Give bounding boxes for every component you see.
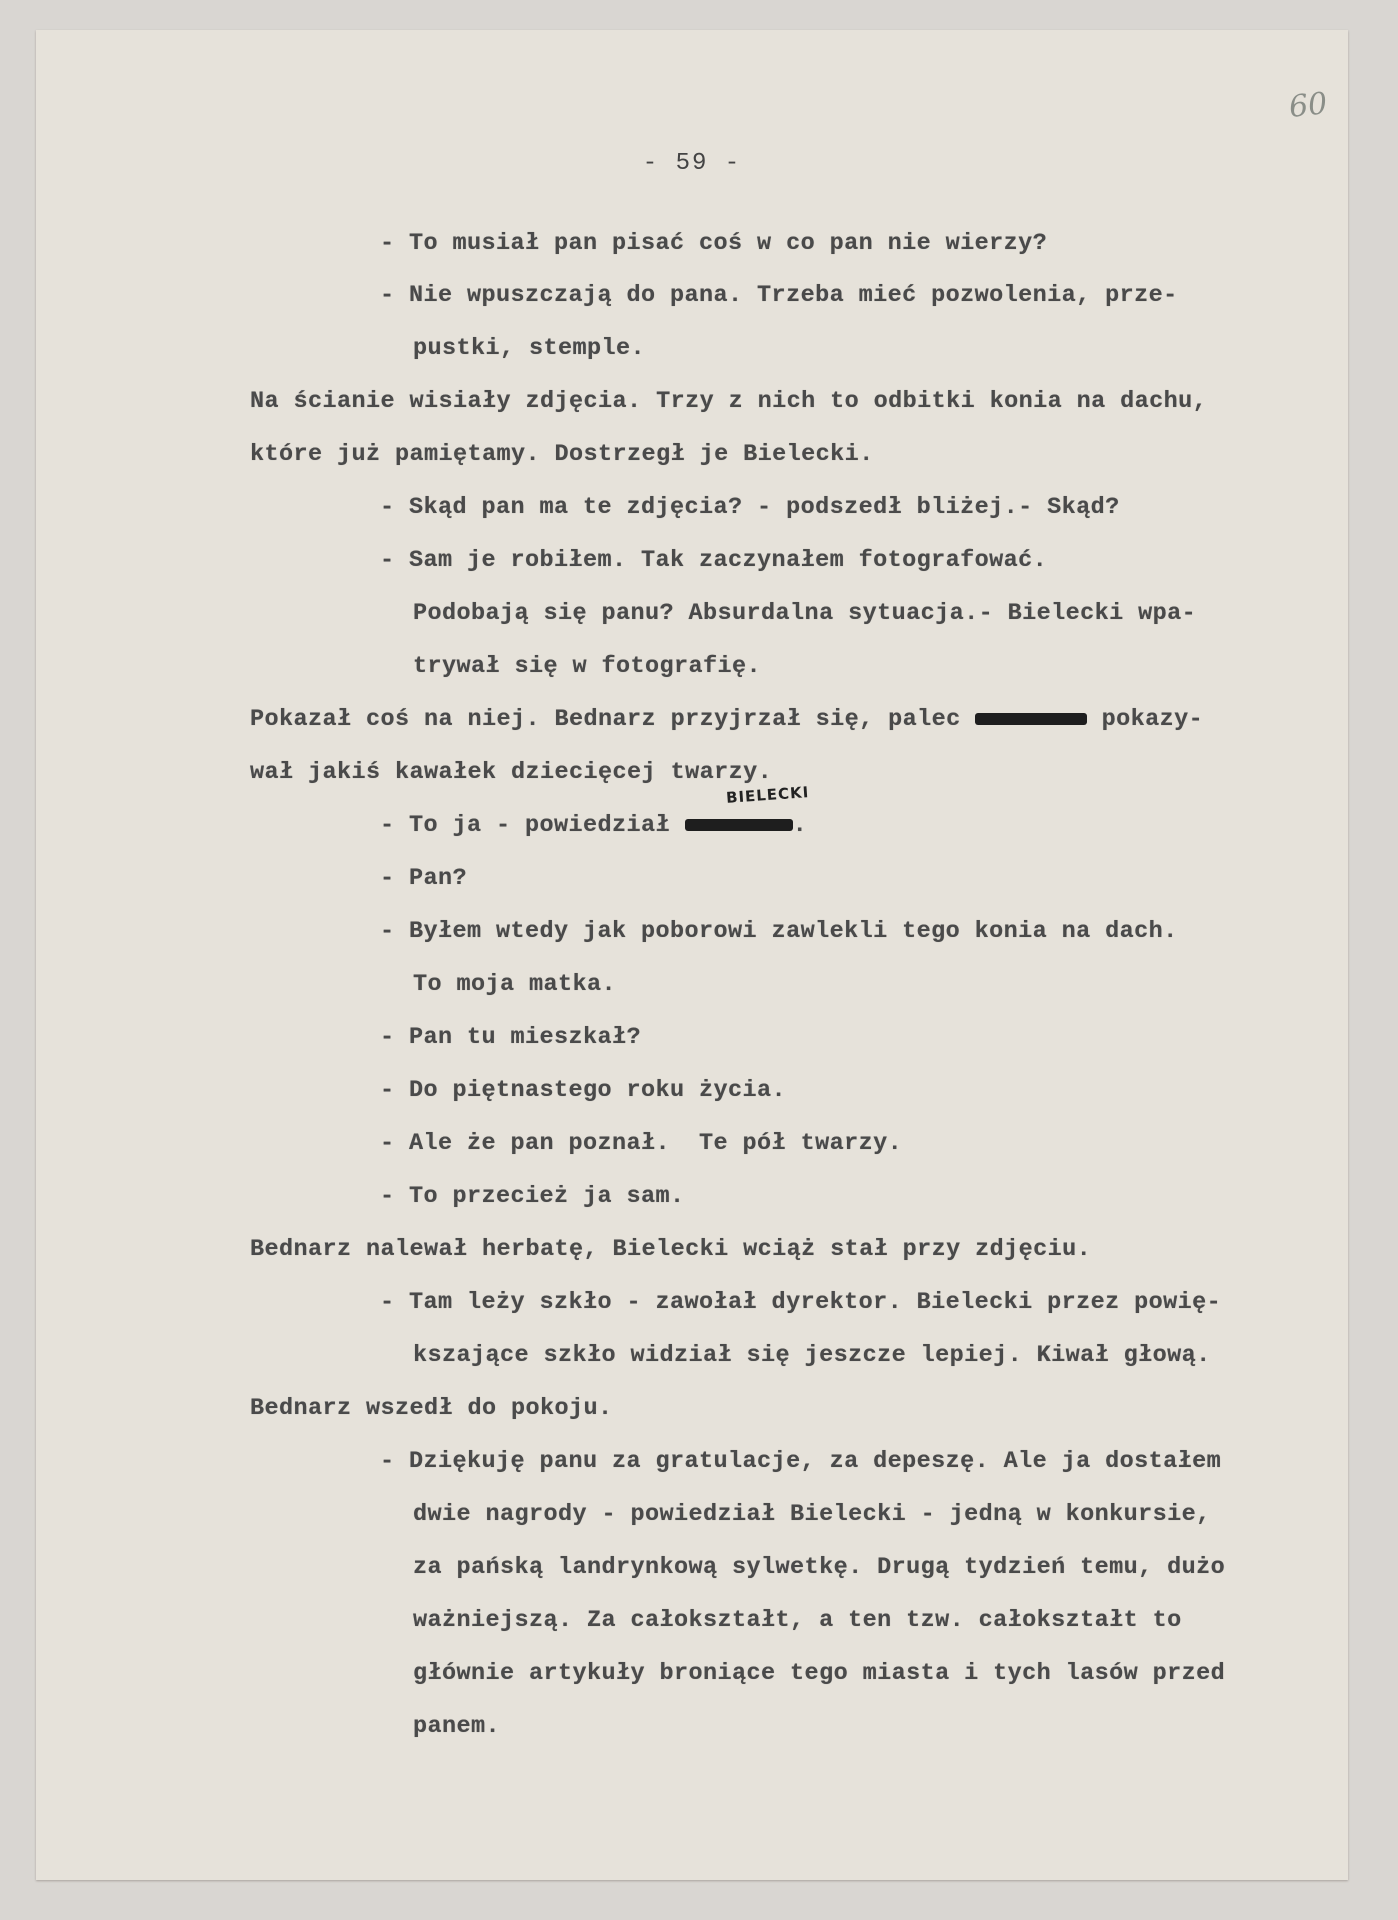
handwritten-folio-number: 60: [1287, 86, 1329, 125]
text-line-with-strikeout: - To ja - powiedział .: [380, 812, 807, 839]
text-line: dwie nagrody - powiedział Bielecki - jed…: [413, 1501, 1211, 1528]
text-line-with-strikeout: Pokazał coś na niej. Bednarz przyjrzał s…: [250, 706, 1203, 733]
text-line: - Do piętnastego roku życia.: [380, 1077, 786, 1104]
text-line: ważniejszą. Za całokształt, a ten tzw. c…: [413, 1607, 1182, 1634]
text-line: Na ścianie wisiały zdjęcia. Trzy z nich …: [250, 388, 1207, 415]
text-line: Bednarz nalewał herbatę, Bielecki wciąż …: [250, 1236, 1091, 1263]
handwritten-correction: BIELECKI: [725, 783, 809, 807]
page-number: - 59 -: [36, 150, 1348, 177]
text-line: głównie artykuły broniące tego miasta i …: [413, 1660, 1225, 1687]
text-line: które już pamiętamy. Dostrzegł je Bielec…: [250, 441, 874, 468]
text-line: - Ale że pan poznał. Te pół twarzy.: [380, 1130, 902, 1157]
text-line: - Nie wpuszczają do pana. Trzeba mieć po…: [380, 282, 1178, 309]
text-line: Bednarz wszedł do pokoju.: [250, 1395, 613, 1422]
text-line: Podobają się panu? Absurdalna sytuacja.-…: [413, 600, 1196, 627]
text-line: - Byłem wtedy jak poborowi zawlekli tego…: [380, 918, 1178, 945]
typewritten-page: 60 - 59 - - To musiał pan pisać coś w co…: [36, 30, 1348, 1880]
text-line: - To przecież ja sam.: [380, 1183, 685, 1210]
text-line: pustki, stemple.: [413, 335, 645, 362]
struck-out-word: [685, 819, 793, 831]
text-line: - Tam leży szkło - zawołał dyrektor. Bie…: [380, 1289, 1221, 1316]
text-line: - Sam je robiłem. Tak zaczynałem fotogra…: [380, 547, 1047, 574]
text-line: To moja matka.: [413, 971, 616, 998]
struck-out-word: [975, 713, 1087, 725]
text-line: panem.: [413, 1713, 500, 1740]
text-line: - Pan tu mieszkał?: [380, 1024, 641, 1051]
text-line: wał jakiś kawałek dziecięcej twarzy.: [250, 759, 772, 786]
text-line: za pańską landrynkową sylwetkę. Drugą ty…: [413, 1554, 1225, 1581]
text-line: - Dziękuję panu za gratulacje, za depesz…: [380, 1448, 1221, 1475]
text-line: - To musiał pan pisać coś w co pan nie w…: [380, 230, 1047, 257]
text-line: kszające szkło widział się jeszcze lepie…: [413, 1342, 1211, 1369]
text-line: - Pan?: [380, 865, 467, 892]
text-line: - Skąd pan ma te zdjęcia? - podszedł bli…: [380, 494, 1120, 521]
text-line: trywał się w fotografię.: [413, 653, 761, 680]
